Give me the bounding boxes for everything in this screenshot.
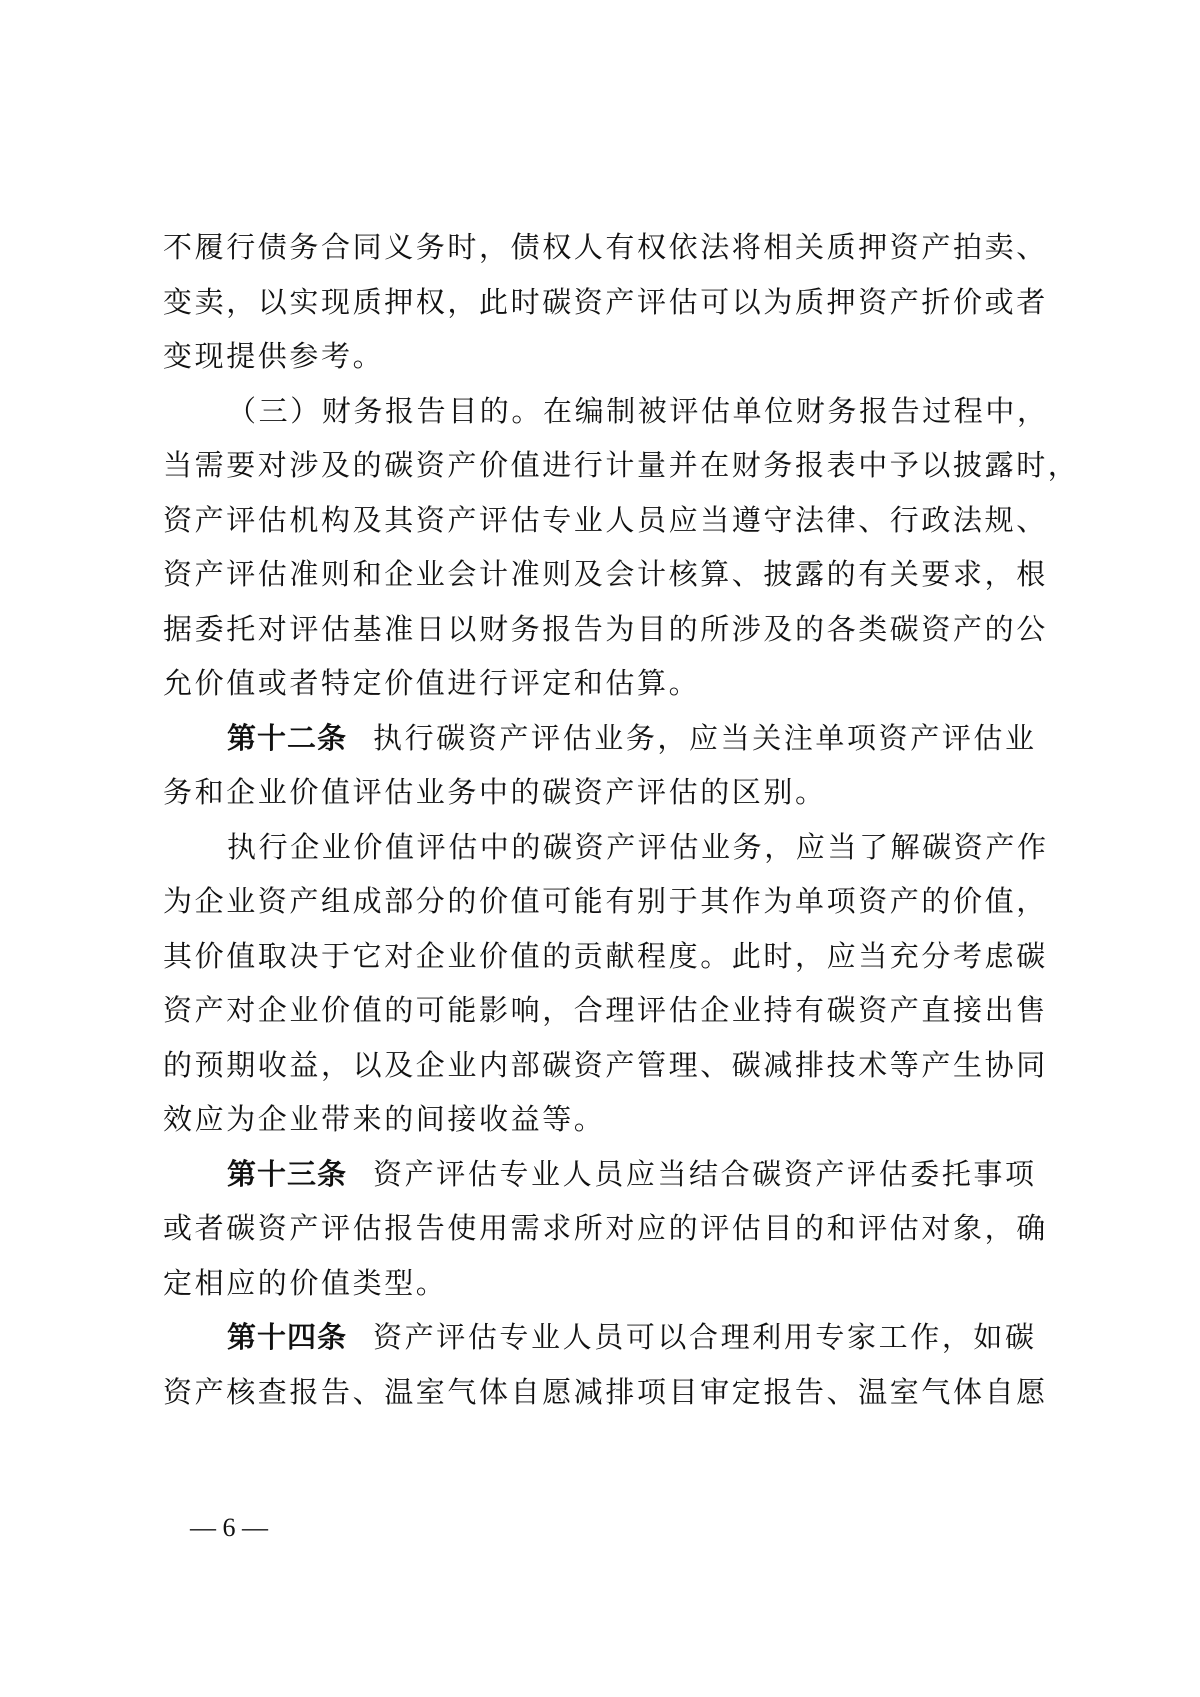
article-13: 第十三条资产评估专业人员应当结合碳资产评估委托事项 [163,1147,1053,1202]
paragraph-enterprise-valuation: 执行企业价值评估中的碳资产评估业务，应当了解碳资产作 [163,820,1053,875]
text-line-3: 变现提供参考。 [163,329,1053,384]
text-line-8: 据委托对评估基准日以财务报告为目的所涉及的各类碳资产的公 [163,602,1053,657]
line-text: 资产评估机构及其资产评估专业人员应当遵守法律、行政法规、 [163,503,1048,537]
line-text: 其价值取决于它对企业价值的贡献程度。此时，应当充分考虑碳 [163,939,1048,973]
text-line-20: 定相应的价值类型。 [163,1256,1053,1311]
text-line-7: 资产评估准则和企业会计准则及会计核算、披露的有关要求，根 [163,547,1053,602]
text-line-11: 务和企业价值评估业务中的碳资产评估的区别。 [163,765,1053,820]
text-line-22: 资产核查报告、温室气体自愿减排项目审定报告、温室气体自愿 [163,1365,1053,1420]
paragraph-financial-reporting-purpose: （三）财务报告目的。在编制被评估单位财务报告过程中， [163,384,1053,439]
article-14: 第十四条资产评估专业人员可以合理利用专家工作，如碳 [163,1310,1053,1365]
line-text: 当需要对涉及的碳资产价值进行计量并在财务报表中予以披露时， [163,448,1079,482]
text-line-6: 资产评估机构及其资产评估专业人员应当遵守法律、行政法规、 [163,493,1053,548]
line-text: 为企业资产组成部分的价值可能有别于其作为单项资产的价值， [163,884,1048,918]
line-text: 变现提供参考。 [163,339,384,373]
line-text: 资产对企业价值的可能影响，合理评估企业持有碳资产直接出售 [163,993,1048,1027]
line-text: 定相应的价值类型。 [163,1266,447,1300]
line-text: 执行碳资产评估业务，应当关注单项资产评估业 [373,721,1037,755]
text-line-15: 资产对企业价值的可能影响，合理评估企业持有碳资产直接出售 [163,983,1053,1038]
line-text: 资产评估准则和企业会计准则及会计核算、披露的有关要求，根 [163,557,1048,591]
line-text: 据委托对评估基准日以财务报告为目的所涉及的各类碳资产的公 [163,612,1048,646]
body-text: 不履行债务合同义务时，债权人有权依法将相关质押资产拍卖、 变卖，以实现质押权，此… [163,220,1053,1419]
text-line-19: 或者碳资产评估报告使用需求所对应的评估目的和评估对象，确 [163,1201,1053,1256]
text-line-2: 变卖，以实现质押权，此时碳资产评估可以为质押资产折价或者 [163,275,1053,330]
line-text: 或者碳资产评估报告使用需求所对应的评估目的和评估对象，确 [163,1211,1048,1245]
article-number: 第十三条 [227,1157,347,1191]
text-line-9: 允价值或者特定价值进行评定和估算。 [163,656,1053,711]
line-text: 变卖，以实现质押权，此时碳资产评估可以为质押资产折价或者 [163,285,1048,319]
line-text: 不履行债务合同义务时，债权人有权依法将相关质押资产拍卖、 [163,230,1048,264]
page-number: — 6 — [190,1508,268,1548]
article-12: 第十二条执行碳资产评估业务，应当关注单项资产评估业 [163,711,1053,766]
line-text: 执行企业价值评估中的碳资产评估业务，应当了解碳资产作 [227,830,1049,864]
document-page: 不履行债务合同义务时，债权人有权依法将相关质押资产拍卖、 变卖，以实现质押权，此… [0,0,1200,1697]
text-line-17: 效应为企业带来的间接收益等。 [163,1092,1053,1147]
text-line-5: 当需要对涉及的碳资产价值进行计量并在财务报表中予以披露时， [163,438,1053,493]
line-text: 的预期收益，以及企业内部碳资产管理、碳减排技术等产生协同 [163,1048,1048,1082]
text-line-1: 不履行债务合同义务时，债权人有权依法将相关质押资产拍卖、 [163,220,1053,275]
line-text: 允价值或者特定价值进行评定和估算。 [163,666,700,700]
text-line-14: 其价值取决于它对企业价值的贡献程度。此时，应当充分考虑碳 [163,929,1053,984]
article-number: 第十四条 [227,1320,347,1354]
line-text: （三）财务报告目的。在编制被评估单位财务报告过程中， [227,394,1049,428]
text-line-16: 的预期收益，以及企业内部碳资产管理、碳减排技术等产生协同 [163,1038,1053,1093]
line-text: 资产评估专业人员可以合理利用专家工作，如碳 [373,1320,1037,1354]
line-text: 资产核查报告、温室气体自愿减排项目审定报告、温室气体自愿 [163,1375,1048,1409]
line-text: 务和企业价值评估业务中的碳资产评估的区别。 [163,775,827,809]
line-text: 效应为企业带来的间接收益等。 [163,1102,605,1136]
text-line-13: 为企业资产组成部分的价值可能有别于其作为单项资产的价值， [163,874,1053,929]
article-number: 第十二条 [227,721,347,755]
line-text: 资产评估专业人员应当结合碳资产评估委托事项 [373,1157,1037,1191]
